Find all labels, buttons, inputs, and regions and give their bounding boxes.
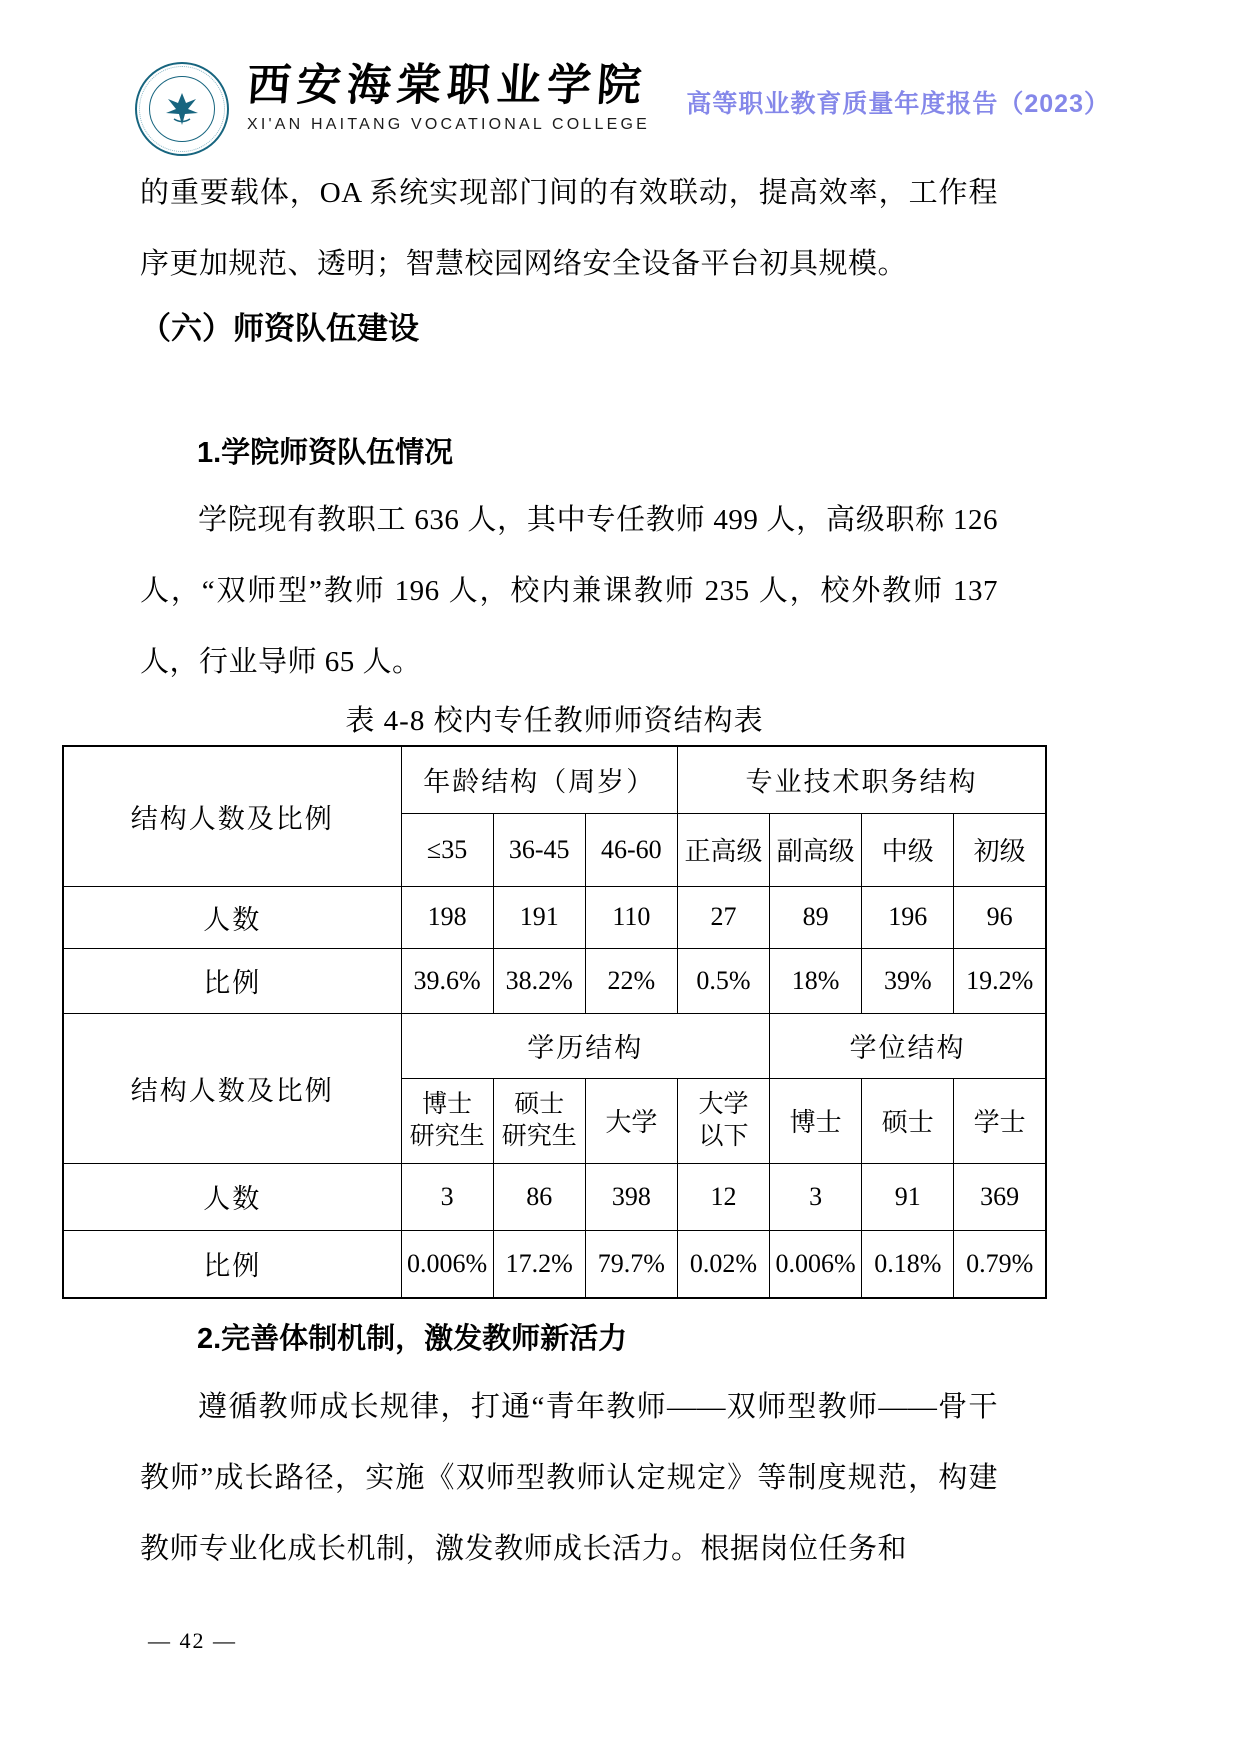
table-row: 比例 39.6% 38.2% 22% 0.5% 18% 39% 19.2%: [63, 948, 1046, 1013]
table-cell: 39.6%: [401, 948, 493, 1013]
table-cell: 79.7%: [585, 1230, 677, 1298]
table-col-header: 硕士: [862, 1078, 954, 1163]
table-cell: 91: [862, 1163, 954, 1230]
college-name-cn: 西安海棠职业学院: [245, 58, 652, 114]
report-title: 高等职业教育质量年度报告（2023）: [686, 84, 1110, 120]
subsection2-heading: 2.完善体制机制，激发教师新活力: [197, 1316, 627, 1357]
table-row: 人数 3 86 398 12 3 91 369: [63, 1163, 1046, 1230]
row-label-header: 结构人数及比例: [63, 1013, 401, 1163]
group-header-education: 学历结构: [401, 1013, 770, 1078]
table-cell: 86: [493, 1163, 585, 1230]
table-col-header: 博士: [770, 1078, 862, 1163]
table-cell: 398: [585, 1163, 677, 1230]
row-label: 人数: [63, 1163, 401, 1230]
college-name-en: XI'AN HAITANG VOCATIONAL COLLEGE: [247, 116, 650, 134]
table-cell: 22%: [585, 948, 677, 1013]
table-cell: 0.02%: [677, 1230, 769, 1298]
table-row: 比例 0.006% 17.2% 79.7% 0.02% 0.006% 0.18%…: [63, 1230, 1046, 1298]
section-heading: （六）师资队伍建设: [140, 303, 419, 348]
table-row: 结构人数及比例 学历结构 学位结构: [63, 1013, 1046, 1078]
table-cell: 39%: [862, 948, 954, 1013]
table-cell: 369: [954, 1163, 1046, 1230]
table-cell: 96: [954, 886, 1046, 948]
table-cell: 3: [770, 1163, 862, 1230]
document-page: 西安海棠职业学院 XI'AN HAITANG VOCATIONAL COLLEG…: [0, 0, 1240, 1754]
subsection1-heading: 1.学院师资队伍情况: [197, 430, 453, 471]
table-col-header: 大学: [585, 1078, 677, 1163]
group-header-degree: 学位结构: [770, 1013, 1046, 1078]
teacher-structure-table: 结构人数及比例 年龄结构（周岁） 专业技术职务结构 ≤35 36-45 46-6…: [62, 745, 1047, 1299]
table-col-header: 正高级: [677, 813, 769, 886]
table-cell: 110: [585, 886, 677, 948]
table-col-header: 副高级: [770, 813, 862, 886]
table-cell: 191: [493, 886, 585, 948]
group-header-title-rank: 专业技术职务结构: [677, 746, 1046, 813]
row-label: 比例: [63, 948, 401, 1013]
table-col-header: ≤35: [401, 813, 493, 886]
table-col-header: 36-45: [493, 813, 585, 886]
table-cell: 196: [862, 886, 954, 948]
table-col-header: 初级: [954, 813, 1046, 886]
table-cell: 17.2%: [493, 1230, 585, 1298]
table-cell: 38.2%: [493, 948, 585, 1013]
table-col-header: 学士: [954, 1078, 1046, 1163]
table-cell: 198: [401, 886, 493, 948]
subsection2-paragraph: 遵循教师成长规律，打通“青年教师——双师型教师——骨干教师”成长路径，实施《双师…: [140, 1372, 998, 1585]
intro-paragraph: 的重要载体，OA 系统实现部门间的有效联动，提高效率，工作程序更加规范、透明；智…: [140, 158, 998, 300]
table-caption: 表 4-8 校内专任教师师资结构表: [62, 698, 1047, 739]
table-cell: 0.18%: [862, 1230, 954, 1298]
table-cell: 89: [770, 886, 862, 948]
table-col-header: 硕士 研究生: [493, 1078, 585, 1163]
table-cell: 0.006%: [770, 1230, 862, 1298]
table-cell: 19.2%: [954, 948, 1046, 1013]
table-cell: 3: [401, 1163, 493, 1230]
row-label: 比例: [63, 1230, 401, 1298]
row-label: 人数: [63, 886, 401, 948]
page-number: — 42 —: [148, 1628, 237, 1654]
college-logo: [135, 62, 229, 156]
row-label-header: 结构人数及比例: [63, 746, 401, 886]
table-col-header: 博士 研究生: [401, 1078, 493, 1163]
college-name-block: 西安海棠职业学院 XI'AN HAITANG VOCATIONAL COLLEG…: [247, 58, 650, 134]
subsection1-paragraph: 学院现有教职工 636 人，其中专任教师 499 人，高级职称 126 人，“双…: [140, 485, 998, 698]
table-col-header: 46-60: [585, 813, 677, 886]
college-seal-icon: [162, 91, 202, 127]
table-cell: 27: [677, 886, 769, 948]
table-cell: 18%: [770, 948, 862, 1013]
page-header: 西安海棠职业学院 XI'AN HAITANG VOCATIONAL COLLEG…: [135, 58, 1110, 163]
table-row: 人数 198 191 110 27 89 196 96: [63, 886, 1046, 948]
table-col-header: 中级: [862, 813, 954, 886]
table-cell: 12: [677, 1163, 769, 1230]
table-col-header: 大学 以下: [677, 1078, 769, 1163]
table-cell: 0.006%: [401, 1230, 493, 1298]
table-row: 结构人数及比例 年龄结构（周岁） 专业技术职务结构: [63, 746, 1046, 813]
table-cell: 0.5%: [677, 948, 769, 1013]
group-header-age: 年龄结构（周岁）: [401, 746, 677, 813]
table-cell: 0.79%: [954, 1230, 1046, 1298]
